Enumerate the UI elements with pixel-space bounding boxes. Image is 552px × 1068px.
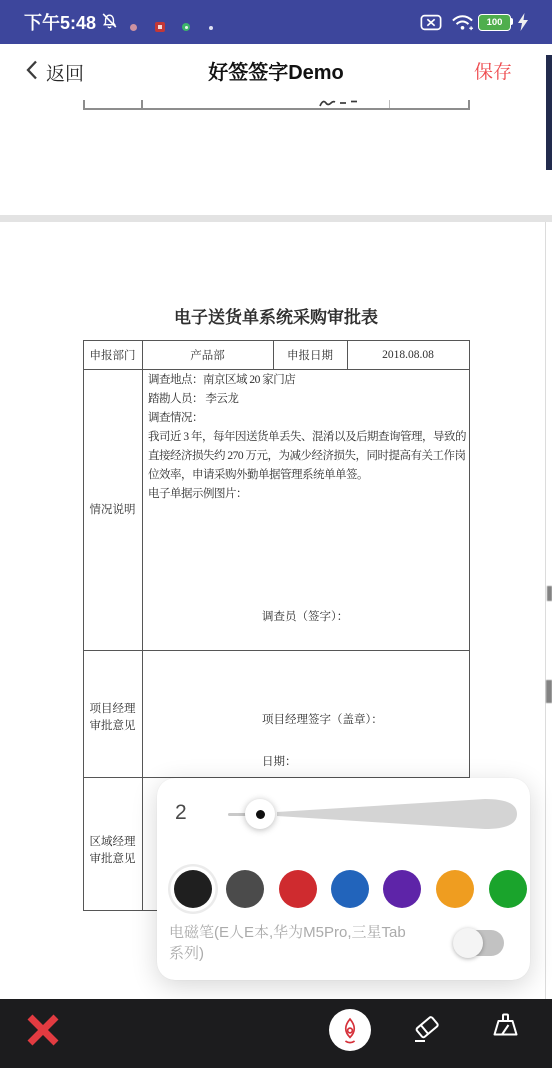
battery-cap bbox=[510, 18, 513, 25]
form-text-line: 电子单据示例图片： bbox=[148, 485, 470, 504]
header-date-value: 2018.08.08 bbox=[347, 340, 469, 369]
color-swatch-orange[interactable] bbox=[436, 870, 474, 908]
form-text-line: 直接经济损失约 270 万元，为减少经济损失，同时提高有关工作岗 bbox=[148, 447, 470, 466]
pen-settings-panel: 2 电磁笔(E人E本,华为M5Pro,三星Tab 系列) bbox=[157, 778, 530, 980]
nav-bar: 返回 好签签字Demo 保存 bbox=[0, 44, 552, 100]
color-swatch-dark-gray[interactable] bbox=[226, 870, 264, 908]
battery-level: 100 bbox=[479, 15, 510, 30]
header-dept-value: 产品部 bbox=[142, 340, 273, 369]
no-sim-icon bbox=[420, 14, 442, 36]
stylus-note: 电磁笔(E人E本,华为M5Pro,三星Tab 系列) bbox=[169, 923, 449, 964]
page-edge-artifact bbox=[546, 680, 552, 703]
form-text-line: 调查情况： bbox=[148, 409, 470, 428]
page-edge-artifact bbox=[547, 586, 552, 601]
situation-label: 情况说明 bbox=[83, 502, 142, 519]
bottom-toolbar bbox=[0, 999, 552, 1068]
pm-date-label: 日期： bbox=[262, 753, 297, 769]
stylus-toggle-thumb[interactable] bbox=[453, 928, 483, 958]
close-button[interactable] bbox=[26, 1013, 60, 1052]
form-text-line: 调查地点：南京区域 20 家门店 bbox=[148, 371, 470, 390]
notification-app-red-icon bbox=[155, 22, 165, 32]
color-swatch-blue[interactable] bbox=[331, 870, 369, 908]
stroke-width-value: 2 bbox=[175, 801, 187, 825]
notification-dot-green-icon bbox=[182, 23, 190, 31]
form-text-line: 位效率，申请采购外勤单据管理系统单单签。 bbox=[148, 466, 470, 485]
pen-tool-button-active[interactable] bbox=[329, 1009, 371, 1051]
status-bar: 下午5:48 100 bbox=[0, 0, 552, 44]
page-title: 好签签字Demo bbox=[0, 44, 552, 100]
clear-all-button[interactable] bbox=[489, 1012, 522, 1051]
page-divider bbox=[0, 215, 552, 222]
header-dept-label: 申报部门 bbox=[83, 340, 142, 369]
muted-bell-icon bbox=[100, 12, 119, 36]
page-edge bbox=[545, 222, 546, 999]
stroke-slider-thumb[interactable] bbox=[245, 799, 275, 829]
clock: 下午5:48 bbox=[24, 0, 96, 44]
color-swatch-red[interactable] bbox=[279, 870, 317, 908]
stroke-slider-track[interactable] bbox=[277, 797, 517, 836]
form-text-line: 踏勘人员： 李云龙 bbox=[148, 390, 470, 409]
stroke-slider-track-min[interactable] bbox=[228, 813, 246, 816]
scrollbar-thumb[interactable] bbox=[546, 55, 552, 170]
color-swatch-green[interactable] bbox=[489, 870, 527, 908]
form-text-line: 我司近 3 年，每年因送货单丢失、混淆以及后期查询管理，导致的 bbox=[148, 428, 470, 447]
notification-dot-white-icon bbox=[209, 26, 213, 30]
color-swatch-black[interactable] bbox=[174, 870, 212, 908]
wifi-icon bbox=[451, 13, 474, 37]
header-date-label: 申报日期 bbox=[273, 340, 347, 369]
form-title: 电子送货单系统采购审批表 bbox=[83, 303, 469, 328]
eraser-tool-button[interactable] bbox=[411, 1013, 444, 1051]
notification-dot-pink-icon bbox=[130, 24, 137, 31]
battery-icon: 100 bbox=[478, 14, 511, 31]
surveyor-sign-label: 调查员（签字）： bbox=[262, 608, 348, 624]
save-button[interactable]: 保存 bbox=[474, 44, 512, 100]
situation-text: 调查地点：南京区域 20 家门店 踏勘人员： 李云龙 调查情况： 我司近 3 年… bbox=[148, 371, 470, 504]
charging-bolt-icon bbox=[517, 13, 529, 36]
pm-sign-label: 项目经理签字（盖章）： bbox=[262, 711, 383, 727]
color-swatch-purple[interactable] bbox=[383, 870, 421, 908]
pm-label: 项目经理 审批意见 bbox=[83, 701, 142, 735]
stroke-slider-dot bbox=[256, 810, 265, 819]
rm-label: 区域经理 审批意见 bbox=[83, 834, 142, 868]
